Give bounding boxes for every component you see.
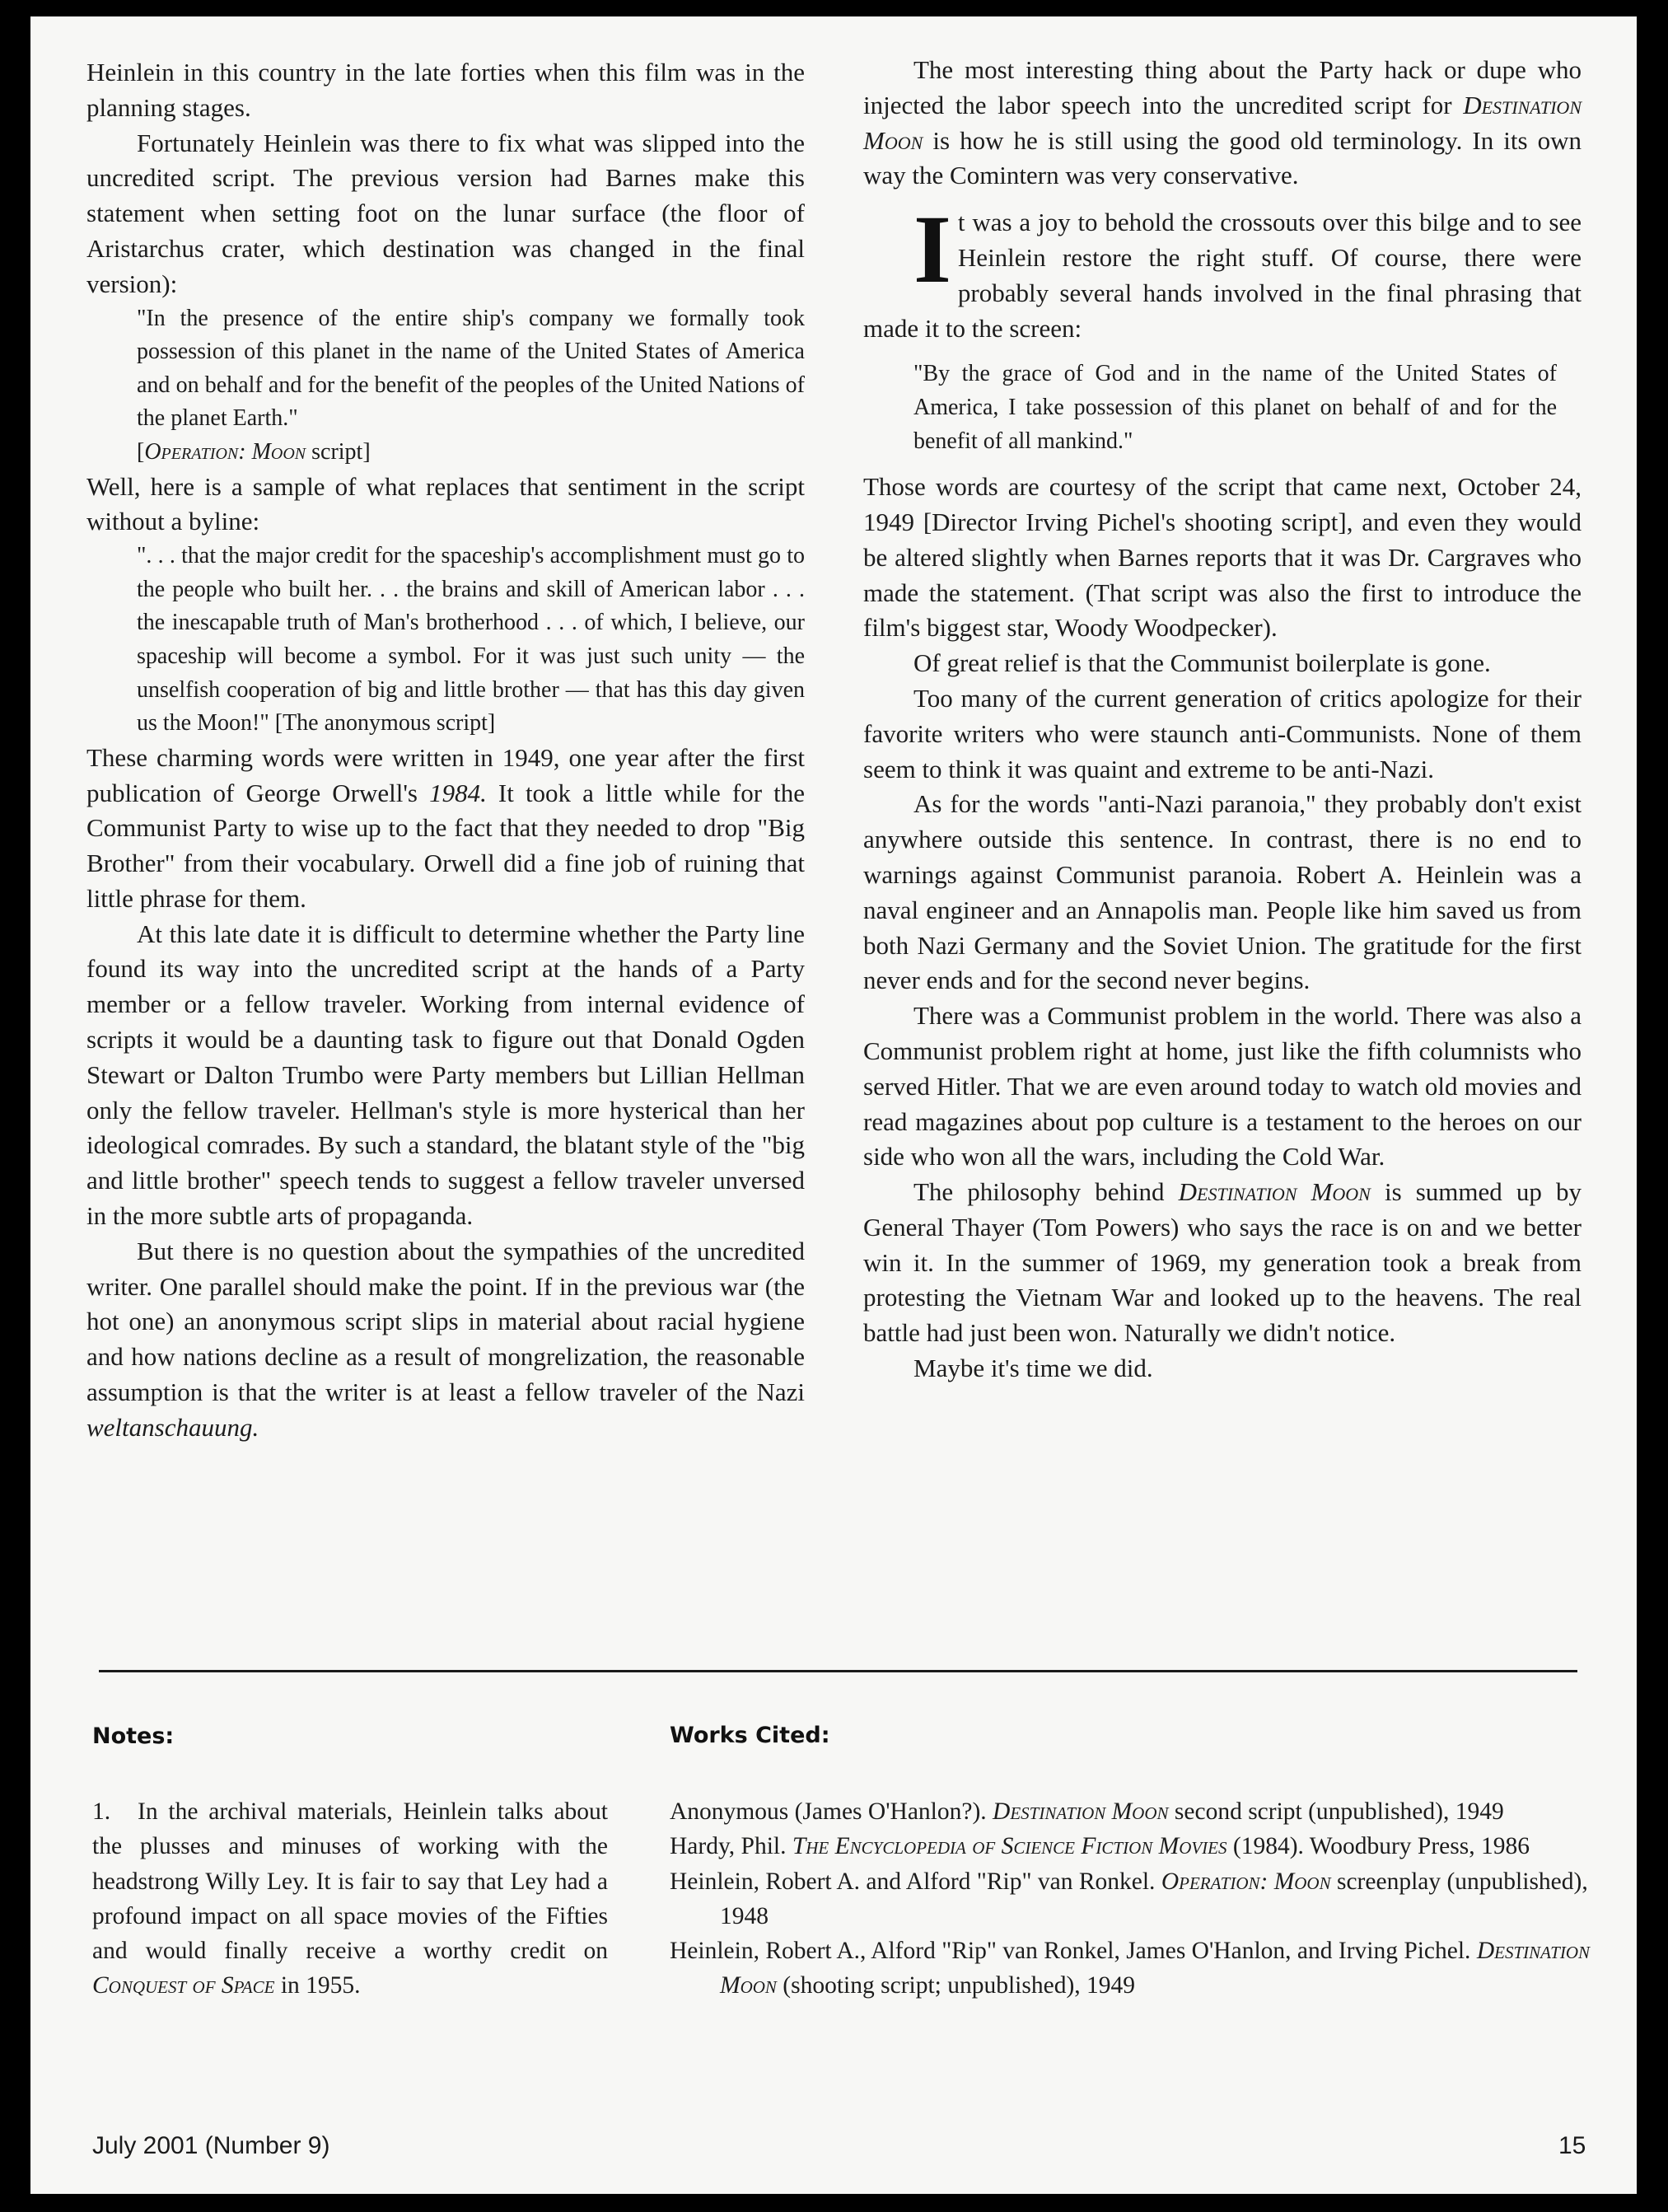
paragraph: Well, here is a sample of what replaces …: [86, 470, 805, 540]
magazine-page: Heinlein in this country in the late for…: [30, 16, 1637, 2194]
section-divider: [99, 1670, 1577, 1672]
paragraph: There was a Communist problem in the wor…: [863, 998, 1582, 1175]
film-title: Conquest of Space: [92, 1972, 274, 1999]
issue-date: July 2001 (Number 9): [92, 2132, 329, 2160]
paragraph: These charming words were written in 194…: [86, 741, 805, 917]
paragraph: Maybe it's time we did.: [863, 1351, 1582, 1387]
work-title: The Encyclopedia of Science Fiction Movi…: [792, 1833, 1227, 1859]
citation-entry: Heinlein, Robert A. and Alford "Rip" van…: [670, 1864, 1592, 1934]
paragraph: The most interesting thing about the Par…: [863, 53, 1582, 194]
quote-source: [Operation: Moon script]: [137, 439, 371, 465]
note-item: 1.In the archival materials, Heinlein ta…: [92, 1794, 608, 2004]
notes-heading: Notes:: [92, 1723, 174, 1749]
citation-entry: Hardy, Phil. The Encyclopedia of Science…: [670, 1829, 1592, 1864]
work-title: Destination Moon: [993, 1798, 1169, 1825]
paragraph: Too many of the current generation of cr…: [863, 681, 1582, 787]
paragraph: As for the words "anti-Nazi paranoia," t…: [863, 787, 1582, 998]
citation-entry: Anonymous (James O'Hanlon?). Destination…: [670, 1794, 1592, 1829]
block-quote: "In the presence of the entire ship's co…: [137, 302, 805, 470]
paragraph-with-drop-cap: It was a joy to behold the crossouts ove…: [863, 205, 1582, 346]
left-column: Heinlein in this country in the late for…: [86, 55, 805, 1446]
citation-entry: Heinlein, Robert A., Alford "Rip" van Ro…: [670, 1934, 1592, 2004]
film-title: Operation: Moon: [144, 439, 306, 465]
paragraph: Fortunately Heinlein was there to fix wh…: [86, 126, 805, 302]
book-title: 1984.: [429, 779, 487, 807]
right-column: The most interesting thing about the Par…: [863, 53, 1582, 1387]
paragraph: But there is no question about the sympa…: [86, 1234, 805, 1446]
paragraph: Of great relief is that the Communist bo…: [863, 646, 1582, 681]
film-title: Destination Moon: [1179, 1177, 1371, 1206]
note-number: 1.: [92, 1794, 138, 1829]
quote-text: "In the presence of the entire ship's co…: [137, 306, 805, 432]
work-title: Operation: Moon: [1161, 1868, 1331, 1895]
paragraph: The philosophy behind Destination Moon i…: [863, 1175, 1582, 1351]
paragraph: Those words are courtesy of the script t…: [863, 470, 1582, 646]
drop-cap: I: [913, 210, 951, 301]
notes-list: 1.In the archival materials, Heinlein ta…: [92, 1794, 608, 2004]
paragraph: Heinlein in this country in the late for…: [86, 55, 805, 126]
page-number: 15: [1558, 2132, 1586, 2160]
block-quote: "By the grace of God and in the name of …: [913, 358, 1557, 458]
works-cited-heading: Works Cited:: [670, 1723, 830, 1748]
foreign-term: weltanschauung.: [86, 1413, 259, 1442]
works-cited-list: Anonymous (James O'Hanlon?). Destination…: [670, 1794, 1592, 2004]
block-quote: ". . . that the major credit for the spa…: [137, 540, 805, 741]
paragraph: At this late date it is difficult to det…: [86, 917, 805, 1234]
